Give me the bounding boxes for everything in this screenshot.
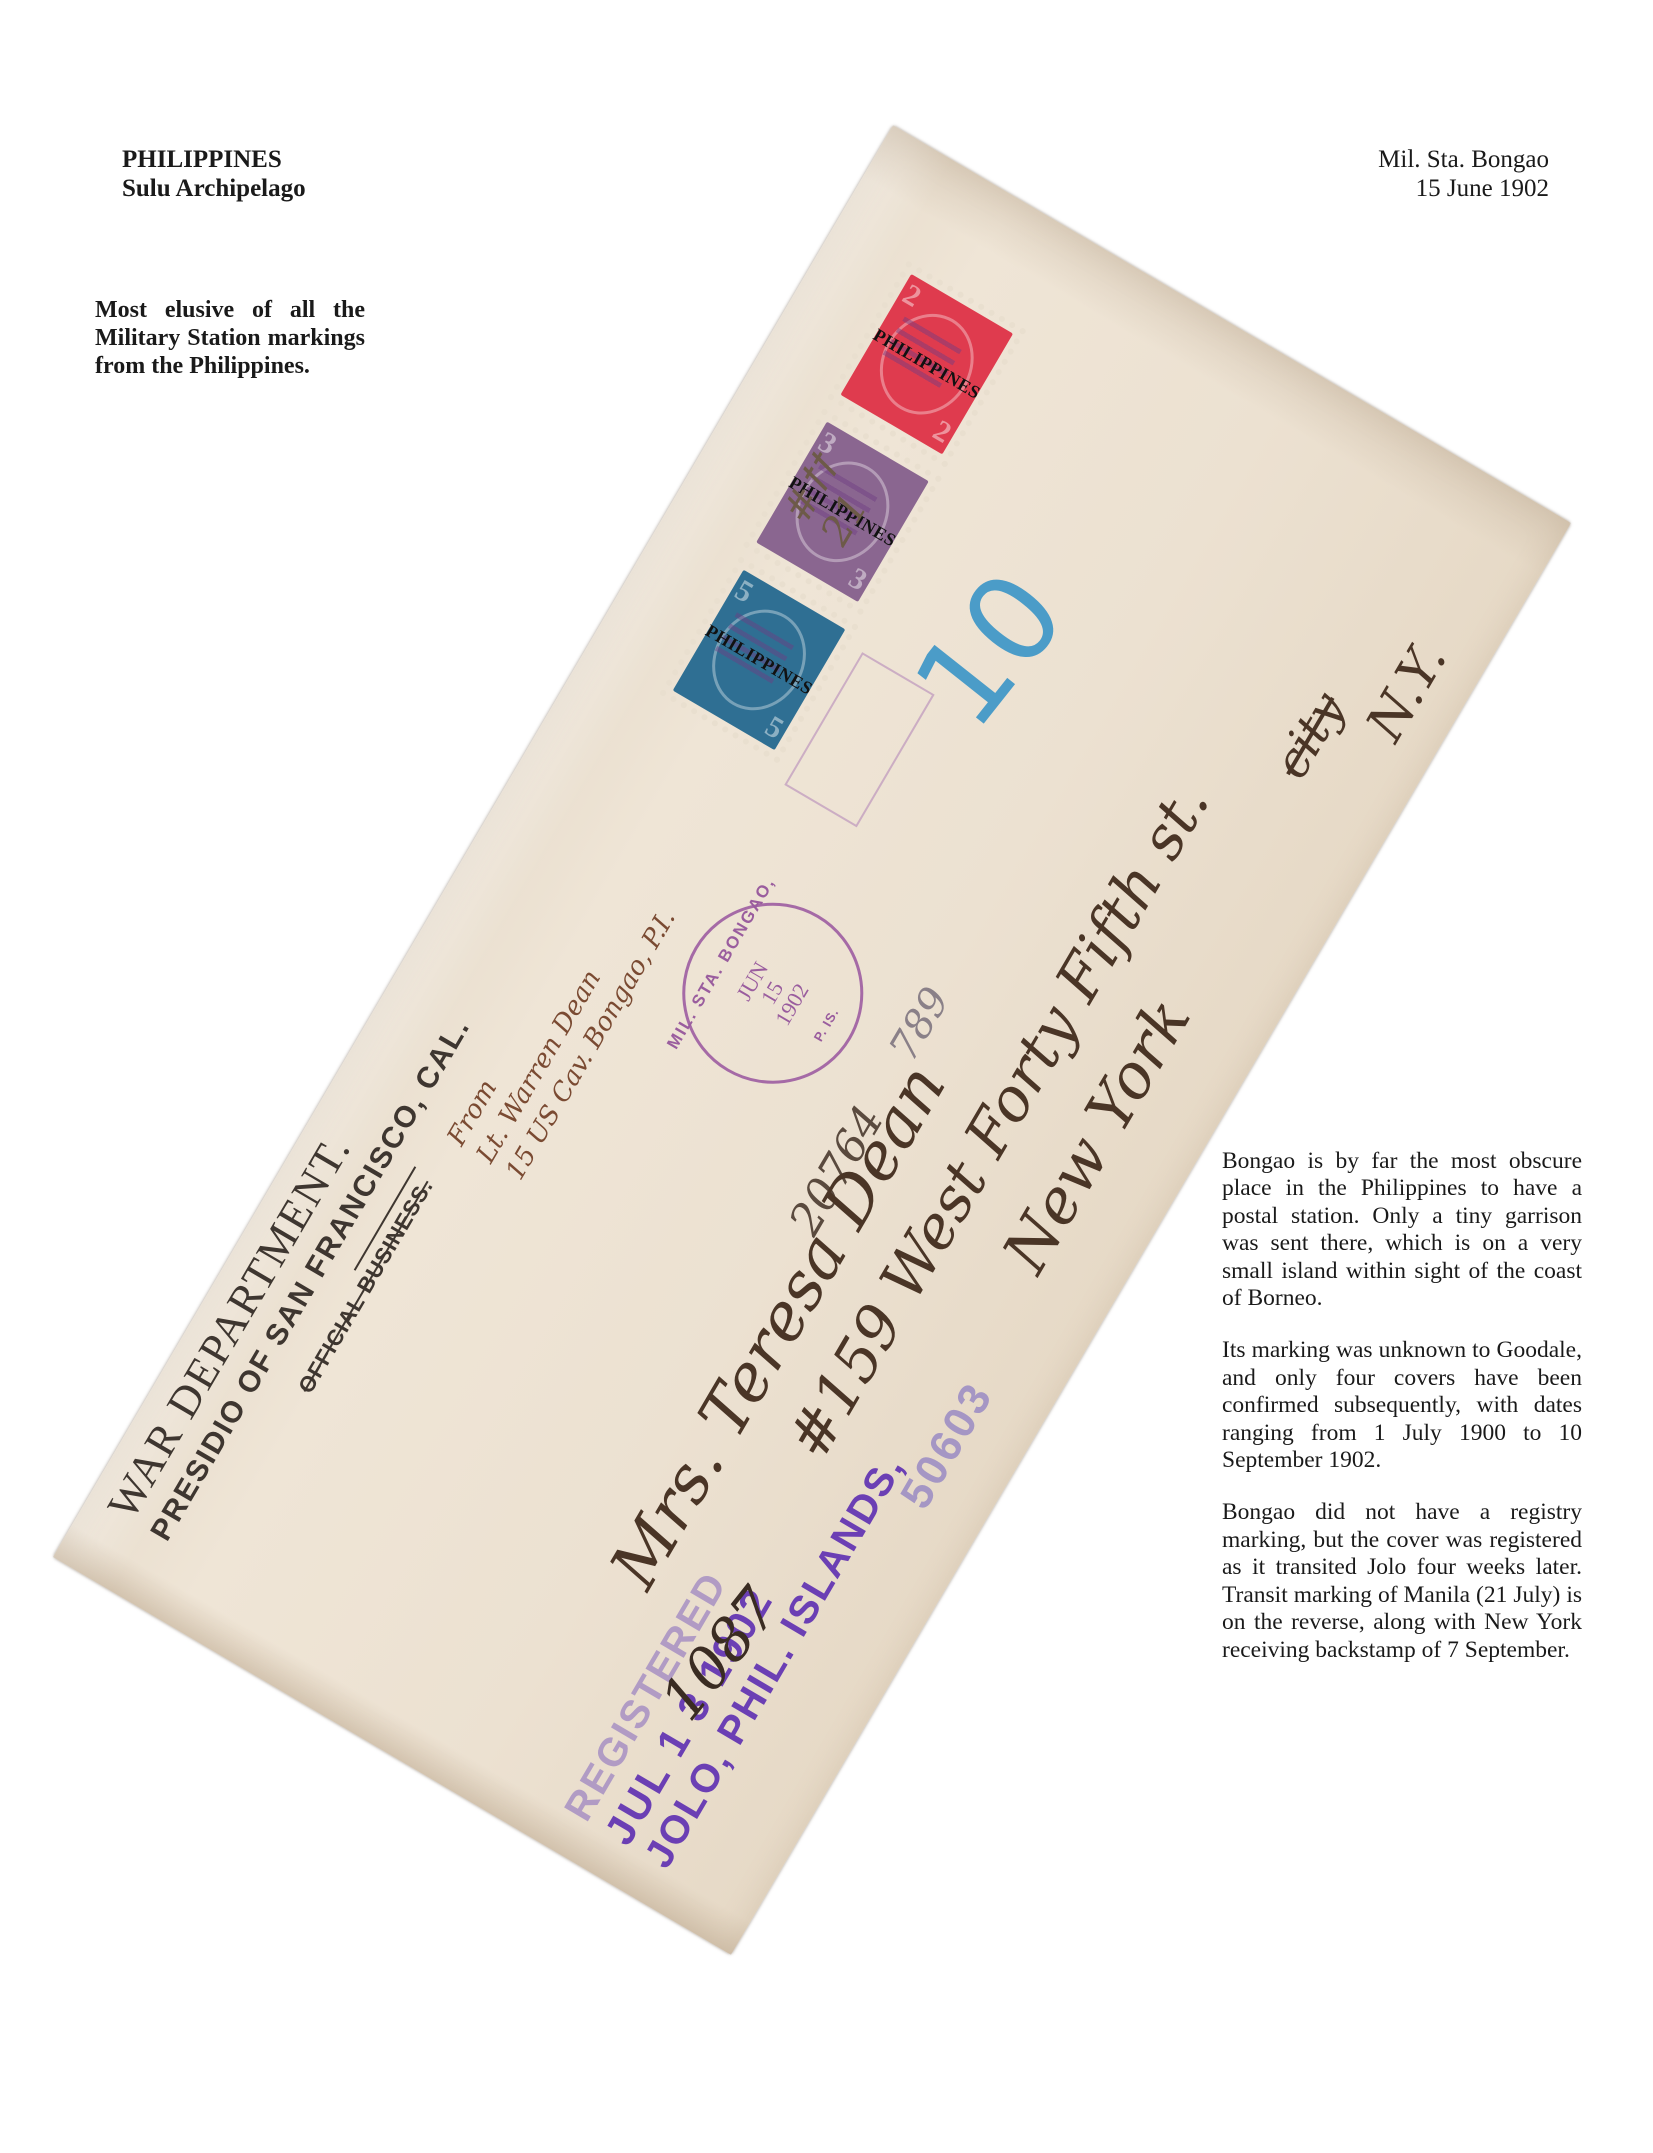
country-title: PHILIPPINES bbox=[122, 145, 306, 174]
registry-number: 50603 bbox=[891, 1374, 1004, 1518]
note-paragraph: Its marking was unknown to Goodale, and … bbox=[1222, 1337, 1582, 1474]
description-notes: Bongao is by far the most obscure place … bbox=[1222, 1148, 1582, 1689]
note-paragraph: Bongao did not have a registry marking, … bbox=[1222, 1499, 1582, 1663]
corner-line-presidio: PRESIDIO OF SAN FRANCISCO, CAL. bbox=[142, 1010, 480, 1548]
address-state: N.Y. bbox=[1355, 632, 1459, 751]
bongao-postmark: MIL. STA. BONGAO, JUN 15 1902 P. IS. bbox=[649, 869, 897, 1117]
postmark-date: JUN 15 1902 bbox=[698, 900, 846, 1086]
station-date-heading: Mil. Sta. Bongao 15 June 1902 bbox=[1378, 145, 1549, 203]
page-heading: PHILIPPINES Sulu Archipelago bbox=[122, 145, 306, 203]
teaser-text: Most elusive of all the Military Station… bbox=[95, 296, 365, 380]
address-struck-word: city bbox=[1263, 683, 1356, 788]
station-name: Mil. Sta. Bongao bbox=[1378, 145, 1549, 174]
note-paragraph: Bongao is by far the most obscure place … bbox=[1222, 1148, 1582, 1312]
postmark-country: P. IS. bbox=[811, 1005, 842, 1044]
region-subtitle: Sulu Archipelago bbox=[122, 174, 306, 203]
blue-crayon-mark: 10 bbox=[888, 547, 1092, 753]
corner-card: WAR DEPARTMENT. PRESIDIO OF SAN FRANCISC… bbox=[97, 984, 518, 1571]
cover-date: 15 June 1902 bbox=[1378, 174, 1549, 203]
